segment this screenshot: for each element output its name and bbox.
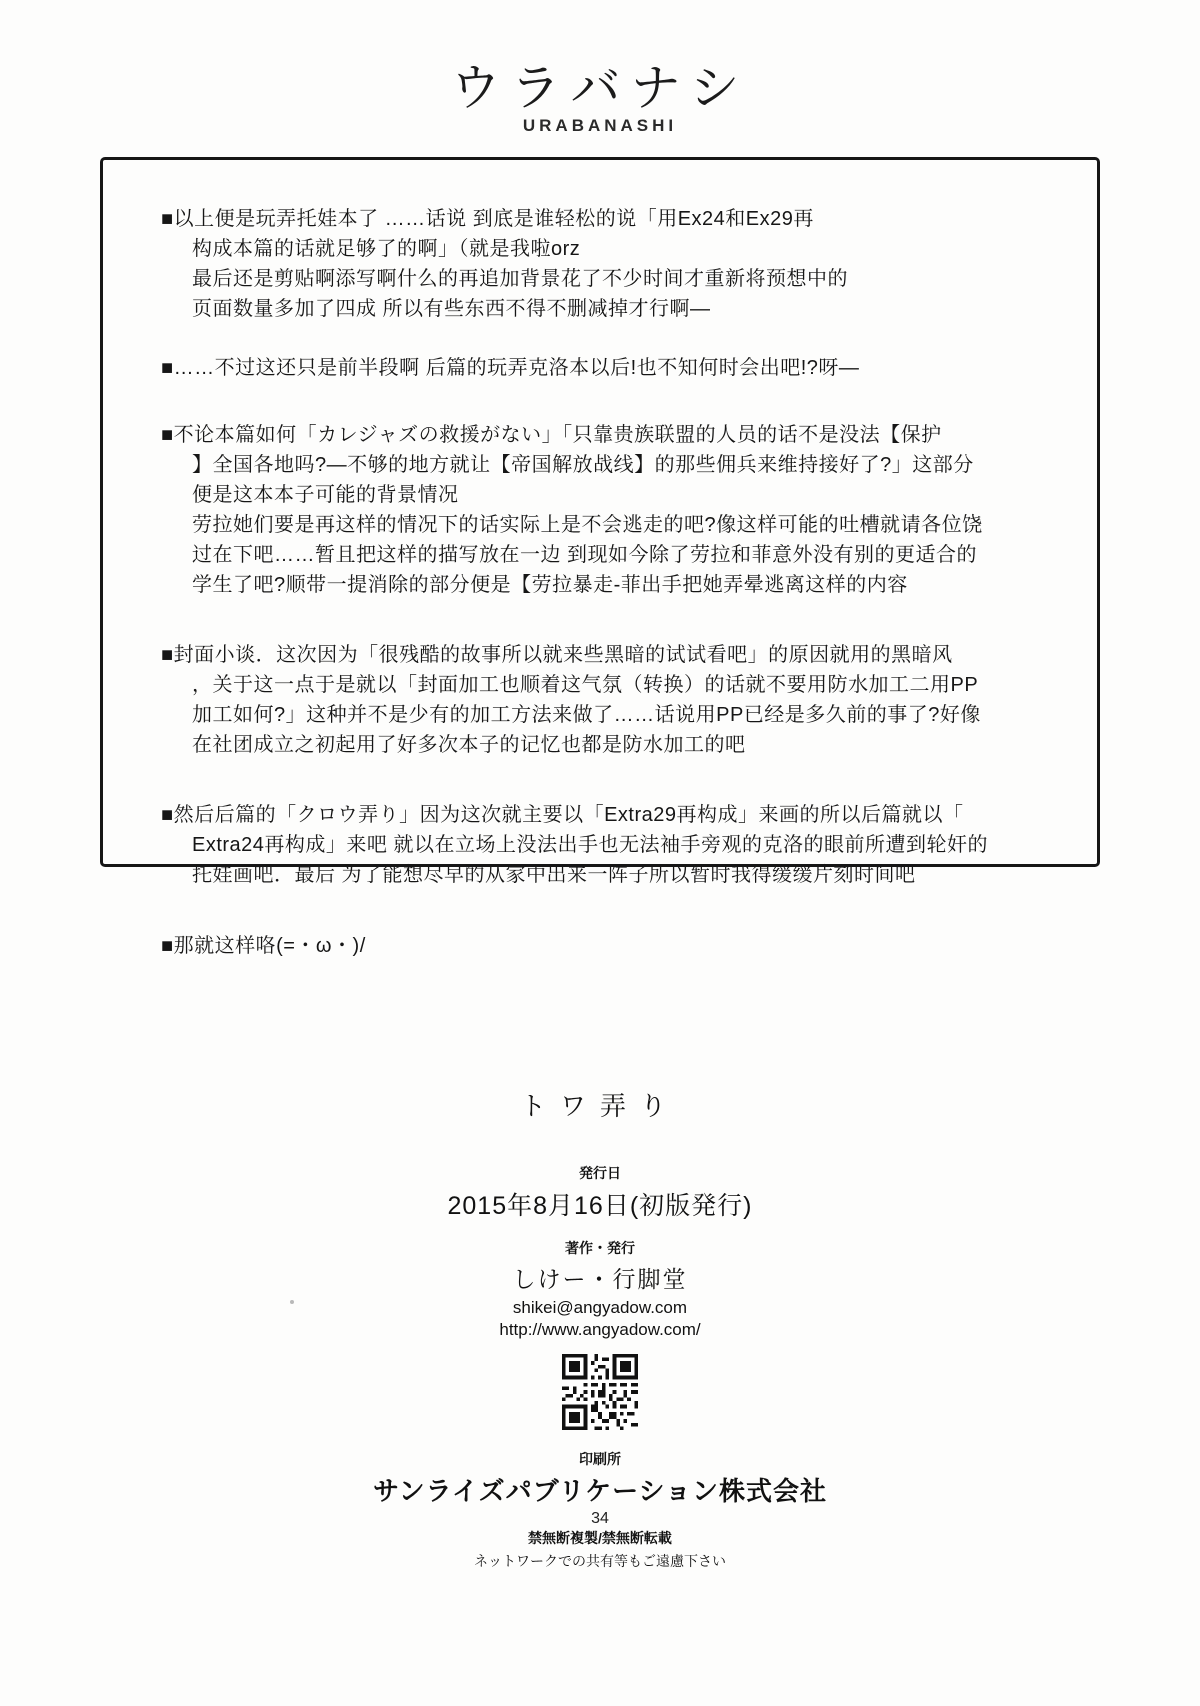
afterword-paragraph: ■封面小谈．这次因为「很残酷的故事所以就来些黑暗的试试看吧」的原因就用的黑暗风，… (161, 640, 1059, 760)
author-label: 著作・発行 (0, 1238, 1200, 1258)
afterword-line: 托娃画吧．最后 为了能想尽早的从家中出来一阵子所以暂时我得缓缓片刻时间吧 (192, 860, 1059, 890)
logo-romaji: URABANASHI (0, 116, 1200, 136)
afterword-line: ■以上便是玩弄托娃本了 ……话说 到底是谁轻松的说「用Ex24和Ex29再 (161, 204, 1059, 234)
afterword-paragraphs: ■以上便是玩弄托娃本了 ……话说 到底是谁轻松的说「用Ex24和Ex29再构成本… (161, 204, 1059, 961)
afterword-line: ■封面小谈．这次因为「很残酷的故事所以就来些黑暗的试试看吧」的原因就用的黑暗风 (161, 640, 1059, 670)
sharing-notice: ネットワークでの共有等もご遠慮下さい (0, 1551, 1200, 1571)
printer-label: 印刷所 (0, 1449, 1200, 1469)
issue-date: 2015年8月16日(初版発行) (0, 1186, 1200, 1222)
afterword-paragraph: ■那就这样咯(=・ω・)/ (161, 931, 1059, 961)
afterword-line: ■不论本篇如何「カレジャズの救援がない」「只靠贵族联盟的人员的话不是没法【保护 (161, 420, 1059, 450)
scan-speck (290, 1300, 294, 1304)
afterword-paragraph: ■以上便是玩弄托娃本了 ……话说 到底是谁轻松的说「用Ex24和Ex29再构成本… (161, 204, 1059, 324)
afterword-line: 构成本篇的话就足够了的啊」（就是我啦orz (192, 234, 1059, 264)
afterword-line: 学生了吧?顺带一提消除的部分便是【劳拉暴走-菲出手把她弄晕逃离这样的内容 (192, 570, 1059, 600)
printer-name: サンライズパブリケーション株式会社 (0, 1471, 1200, 1508)
qr-code (0, 1354, 1200, 1435)
afterword-line: ■那就这样咯(=・ω・)/ (161, 931, 1059, 961)
website-url: http://www.angyadow.com/ (0, 1320, 1200, 1340)
afterword-line: 在社团成立之初起用了好多次本子的记忆也都是防水加工的吧 (192, 730, 1059, 760)
copyright-notice: 禁無断複製/禁無断転載 (0, 1528, 1200, 1548)
afterword-paragraph: ■……不过这还只是前半段啊 后篇的玩弄克洛本以后!也不知何时会出吧!?呀— (161, 353, 1059, 383)
afterword-line: 】全国各地吗?—不够的地方就让【帝国解放战线】的那些佣兵来维持接好了?」这部分 (192, 450, 1059, 480)
colophon: トワ弄り 発行日 2015年8月16日(初版発行) 著作・発行 しけー・行脚堂 … (0, 1086, 1200, 1571)
afterword-line: 过在下吧……暂且把这样的描写放在一边 到现如今除了劳拉和菲意外没有别的更适合的 (192, 540, 1059, 570)
page: ウラバナシ URABANASHI ■以上便是玩弄托娃本了 ……话说 到底是谁轻松… (0, 0, 1200, 1706)
afterword-line: ，关于这一点于是就以「封面加工也顺着这气氛（转换）的话就不要用防水加工二用PP (192, 670, 1059, 700)
email-address: shikei@angyadow.com (0, 1298, 1200, 1318)
logo: ウラバナシ URABANASHI (0, 62, 1200, 136)
afterword-paragraph: ■然后后篇的「クロウ弄り」因为这次就主要以「Extra29再构成」来画的所以后篇… (161, 800, 1059, 890)
afterword-line: 便是这本本子可能的背景情况 (192, 480, 1059, 510)
issue-date-label: 発行日 (0, 1163, 1200, 1183)
afterword-line: 劳拉她们要是再这样的情况下的话实际上是不会逃走的吧?像这样可能的吐槽就请各位饶 (192, 510, 1059, 540)
afterword-line: ■……不过这还只是前半段啊 后篇的玩弄克洛本以后!也不知何时会出吧!?呀— (161, 353, 1059, 383)
logo-katakana: ウラバナシ (0, 62, 1200, 114)
page-number: 34 (0, 1510, 1200, 1528)
afterword-box: ■以上便是玩弄托娃本了 ……话说 到底是谁轻松的说「用Ex24和Ex29再构成本… (100, 157, 1100, 867)
afterword-line: 加工如何?」这种并不是少有的加工方法来做了……话说用PP已经是多久前的事了?好像 (192, 700, 1059, 730)
afterword-line: ■然后后篇的「クロウ弄り」因为这次就主要以「Extra29再构成」来画的所以后篇… (161, 800, 1059, 830)
doujin-title: トワ弄り (0, 1086, 1200, 1123)
afterword-line: 页面数量多加了四成 所以有些东西不得不删减掉才行啊— (192, 294, 1059, 324)
afterword-line: 最后还是剪贴啊添写啊什么的再追加背景花了不少时间才重新将预想中的 (192, 264, 1059, 294)
circle-name: しけー・行脚堂 (0, 1261, 1200, 1294)
afterword-line: Extra24再构成」来吧 就以在立场上没法出手也无法袖手旁观的克洛的眼前所遭到… (192, 830, 1059, 860)
afterword-paragraph: ■不论本篇如何「カレジャズの救援がない」「只靠贵族联盟的人员的话不是没法【保护】… (161, 420, 1059, 600)
